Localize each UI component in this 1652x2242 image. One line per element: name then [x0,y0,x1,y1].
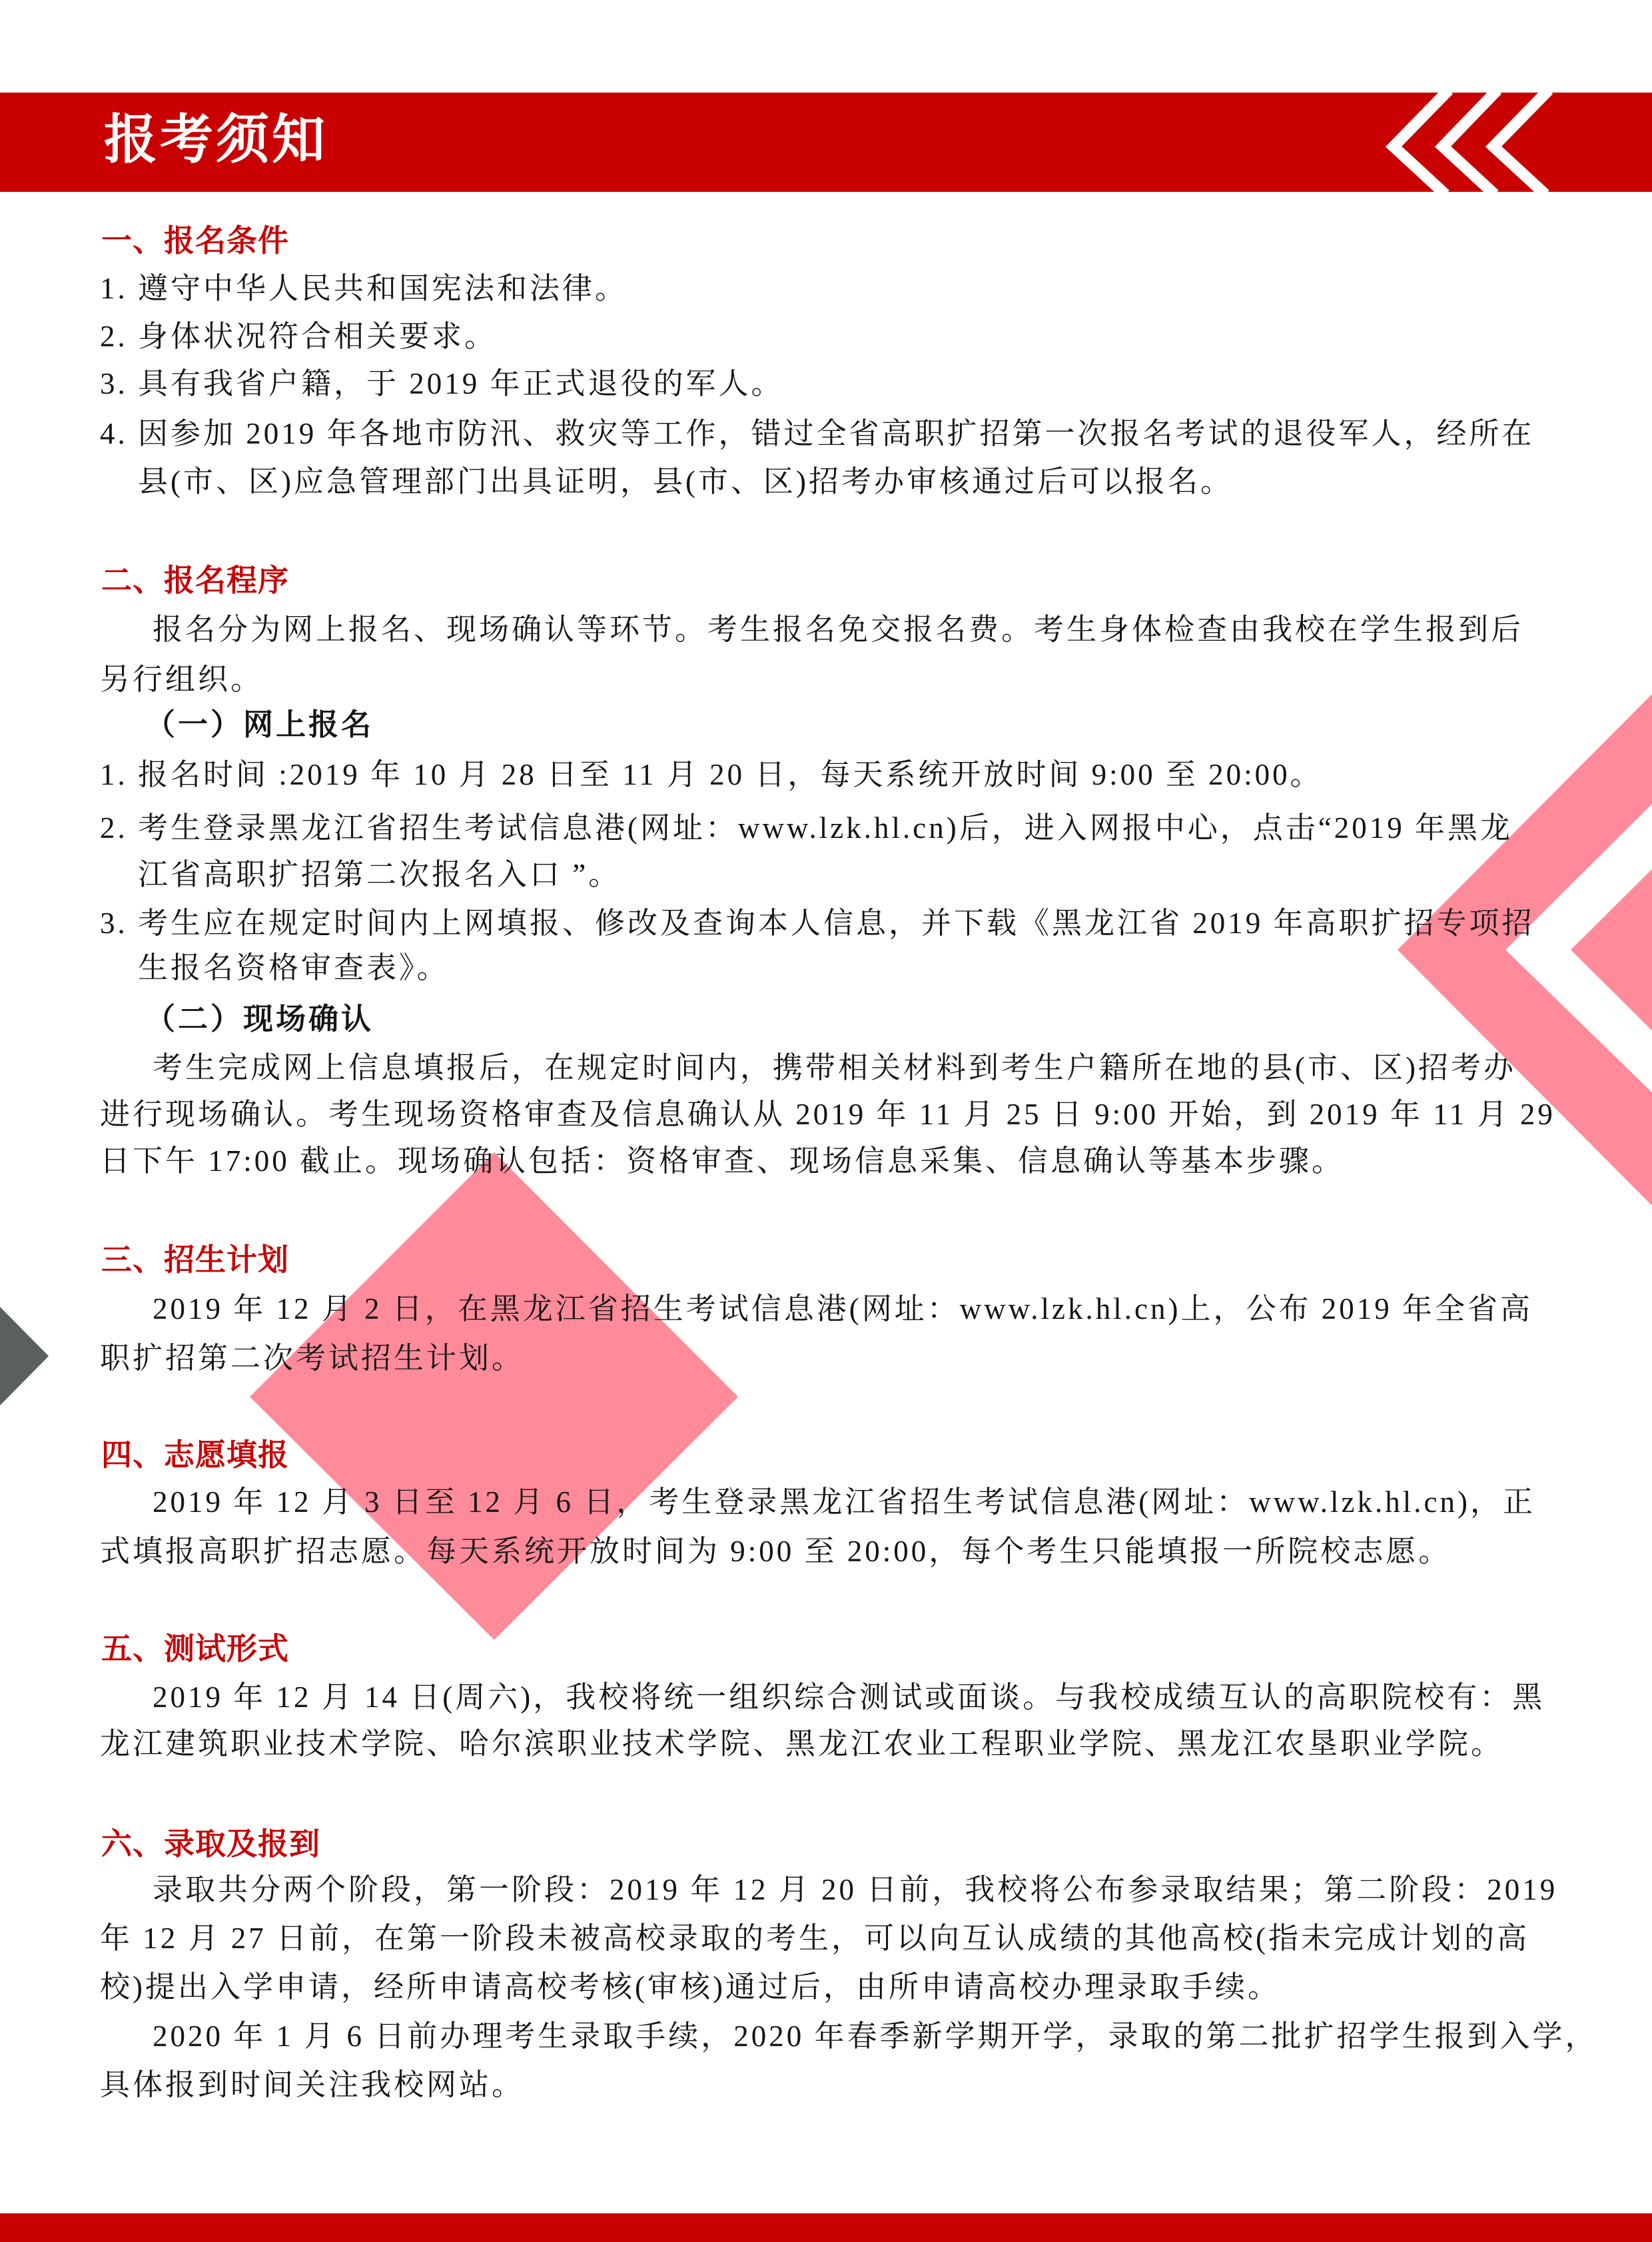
paragraph-line: 具体报到时间关注我校网站。 [100,2065,524,2105]
list-item-continuation: 生报名资格审查表》。 [138,948,450,988]
page-title: 报考须知 [104,107,328,173]
subsection-title-onsite: （二）现场确认 [145,999,374,1039]
section-heading-admission: 六、录取及报到 [101,1825,320,1862]
chevron-left-icon [1372,93,1572,192]
section-heading-test: 五、测试形式 [101,1630,289,1667]
paragraph-line: 2019 年 12 月 14 日(周六)，我校将统一组织综合测试或面谈。与我校成… [153,1677,1545,1717]
subsection-title-online: （一）网上报名 [145,705,374,745]
paragraph-line: 日下午 17:00 截止。现场确认包括：资格审查、现场信息采集、信息确认等基本步… [100,1141,1344,1181]
paragraph-line: 2019 年 12 月 3 日至 12 月 6 日，考生登录黑龙江省招生考试信息… [153,1482,1535,1522]
list-item-continuation: 县(市、区)应急管理部门出具证明，县(市、区)招考办审核通过后可以报名。 [138,462,1233,502]
pink-arrow-shape [1571,869,1652,1030]
section-heading-application: 四、志愿填报 [101,1436,289,1473]
list-item: 2. 考生登录黑龙江省招生考试信息港(网址：www.lzk.hl.cn)后，进入… [100,808,1513,848]
paragraph-line: 录取共分两个阶段，第一阶段：2019 年 12 月 20 日前，我校将公布参录取… [153,1870,1557,1910]
section-heading-plan: 三、招生计划 [101,1241,289,1278]
paragraph-line: 报名分为网上报名、现场确认等环节。考生报名免交报名费。考生身体检查由我校在学生报… [153,609,1523,649]
paragraph-line: 龙江建筑职业技术学院、哈尔滨职业技术学院、黑龙江农业工程职业学院、黑龙江农垦职业… [100,1724,1503,1764]
paragraph-line: 2019 年 12 月 2 日，在黑龙江省招生考试信息港(网址：www.lzk.… [153,1289,1533,1329]
grey-triangle-shape [0,1307,49,1405]
list-item-continuation: 江省高职扩招第二次报名入口 ”。 [138,855,621,895]
footer-banner [0,2213,1652,2242]
list-item: 3. 考生应在规定时间内上网填报、修改及查询本人信息，并下载《黑龙江省 2019… [100,903,1535,943]
list-item: 2. 身体状况符合相关要求。 [100,316,497,356]
section-heading-procedure: 二、报名程序 [101,561,289,599]
list-item: 1. 报名时间 :2019 年 10 月 28 日至 11 月 20 日，每天系… [100,755,1323,795]
section-heading-eligibility: 一、报名条件 [101,222,289,259]
paragraph-line: 年 12 月 27 日前，在第一阶段未被高校录取的考生，可以向互认成绩的其他高校… [100,1918,1529,1958]
paragraph-line: 式填报高职扩招志愿。每天系统开放时间为 9:00 至 20:00，每个考生只能填… [100,1531,1451,1571]
paragraph-line: 校)提出入学申请，经所申请高校考核(审核)通过后，由所申请高校办理录取手续。 [100,1967,1280,2007]
paragraph-line: 2020 年 1 月 6 日前办理考生录取手续，2020 年春季新学期开学，录取… [153,2016,1598,2056]
paragraph-line: 进行现场确认。考生现场资格审查及信息确认从 2019 年 11 月 25 日 9… [100,1094,1555,1134]
paragraph-line: 考生完成网上信息填报后，在规定时间内，携带相关材料到考生户籍所在地的县(市、区)… [153,1048,1516,1088]
paragraph-line: 另行组织。 [100,659,263,699]
list-item: 1. 遵守中华人民共和国宪法和法律。 [100,268,627,308]
list-item: 4. 因参加 2019 年各地市防汛、救灾等工作，错过全省高职扩招第一次报名考试… [100,414,1535,454]
list-item: 3. 具有我省户籍，于 2019 年正式退役的军人。 [100,364,784,404]
paragraph-line: 职扩招第二次考试招生计划。 [100,1338,524,1378]
